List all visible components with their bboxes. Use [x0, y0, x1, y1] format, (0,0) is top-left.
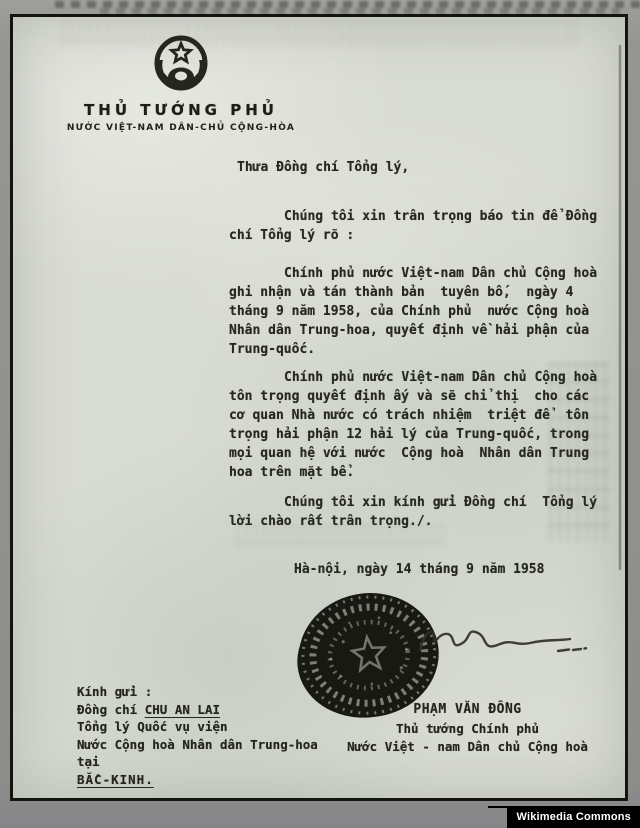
signer-block: PHẠM VĂN ĐỒNG Thủ tướng Chính phủ Nước V… — [340, 701, 595, 757]
addressee-line: Đồng chí CHU AN LAI — [77, 701, 318, 719]
letterhead-nation: NƯỚC VIỆT-NAM DÂN-CHỦ CỘNG-HÒA — [21, 122, 341, 134]
addressee-city: BẮC-KINH. — [77, 771, 318, 789]
scanned-letter: THỦ TƯỚNG PHỦ NƯỚC VIỆT-NAM DÂN-CHỦ CỘNG… — [0, 0, 640, 828]
paragraph-2: Chính phủ nước Việt-nam Dân chủ Cộng hoà… — [229, 368, 597, 482]
addressee-prefix: Đồng chí — [77, 702, 145, 717]
watermark-badge: Wikimedia Commons — [507, 806, 640, 828]
typed-line: tôn trọng quyết định ấy và sẽ chỉ thị ch… — [229, 387, 597, 406]
typed-line: lời chào rất trân trọng./. — [229, 512, 597, 531]
bleedthrough-smudge — [55, 1, 640, 8]
typed-line: cơ quan Nhà nước có trách nhiệm triệt để… — [229, 406, 597, 425]
scan-artifact-line — [619, 45, 621, 570]
salutation: Thưa Đồng chí Tổng lý, — [237, 158, 409, 177]
letterhead: THỦ TƯỚNG PHỦ NƯỚC VIỆT-NAM DÂN-CHỦ CỘNG… — [21, 101, 341, 134]
typed-line: Chính phủ nước Việt-nam Dân chủ Cộng hoà — [229, 264, 597, 283]
addressee-line: Tổng lý Quốc vụ viện — [77, 718, 318, 736]
addressee-line: tại — [77, 753, 318, 771]
letterhead-office: THỦ TƯỚNG PHỦ — [21, 101, 341, 119]
typed-line: Chúng tôi xin trân trọng báo tin để Đồng — [229, 207, 597, 226]
handwritten-signature-icon — [408, 606, 588, 676]
signer-nation: Nước Việt - nam Dân chủ Cộng hoà — [340, 738, 595, 757]
typed-line: Trung-quốc. — [229, 340, 597, 359]
typed-line: hoa trên mặt bể. — [229, 463, 597, 482]
closing-paragraph: Chúng tôi xin kính gửi Đồng chí Tổng lý … — [229, 493, 597, 531]
addressee-heading: Kính gửi : — [77, 683, 318, 701]
typed-line: mọi quan hệ với nước Cộng hoà Nhân dân T… — [229, 444, 597, 463]
typed-line: trọng hải phận 12 hải lý của Trung-quốc,… — [229, 425, 597, 444]
dateline: Hà-nội, ngày 14 tháng 9 năm 1958 — [294, 560, 544, 579]
addressee-name: CHU AN LAI — [145, 702, 220, 717]
typed-line: tháng 9 năm 1958, của Chính phủ nước Cộn… — [229, 302, 597, 321]
addressee-line: Nước Cộng hoà Nhân dân Trung-hoa — [77, 736, 318, 754]
signer-name: PHẠM VĂN ĐỒNG — [340, 701, 595, 720]
national-emblem-icon — [152, 33, 210, 95]
signer-title: Thủ tướng Chính phủ — [340, 720, 595, 739]
typed-line: ghi nhận và tán thành bản tuyên bố, ngày… — [229, 283, 597, 302]
intro-paragraph: Chúng tôi xin trân trọng báo tin để Đồng… — [229, 207, 597, 245]
addressee-block: Kính gửi : Đồng chí CHU AN LAI Tổng lý Q… — [77, 683, 318, 788]
typed-line: Chính phủ nước Việt-nam Dân chủ Cộng hoà — [229, 368, 597, 387]
paragraph-1: Chính phủ nước Việt-nam Dân chủ Cộng hoà… — [229, 264, 597, 359]
typed-line: Nhân dân Trung-hoa, quyết định về hải ph… — [229, 321, 597, 340]
typed-line: Chúng tôi xin kính gửi Đồng chí Tổng lý — [229, 493, 597, 512]
typed-line: chí Tổng lý rõ : — [229, 226, 597, 245]
